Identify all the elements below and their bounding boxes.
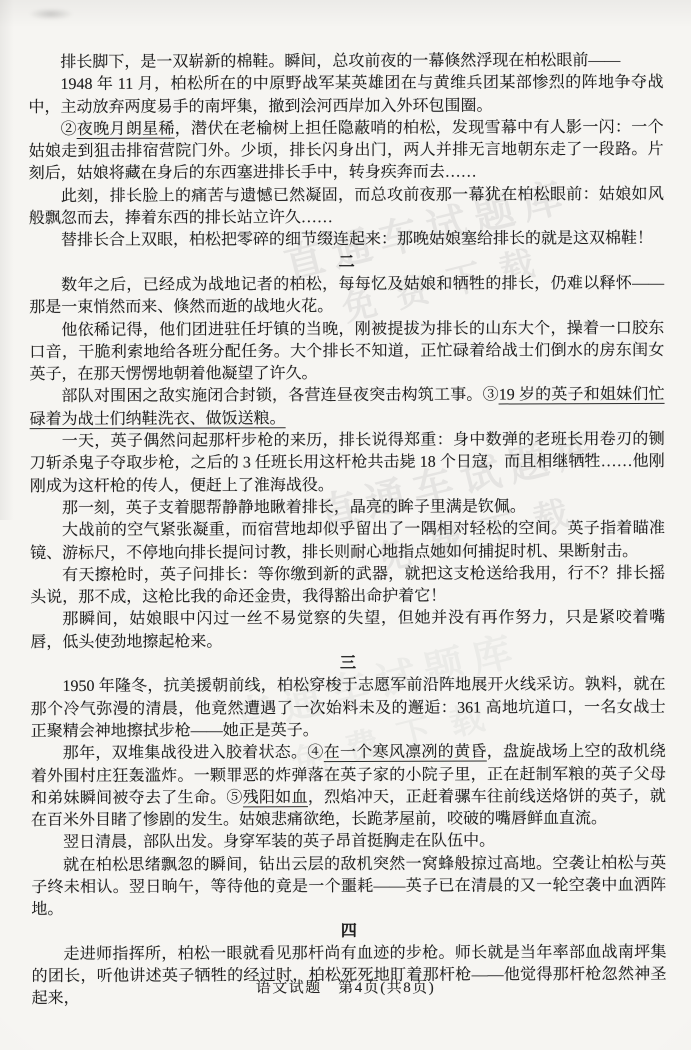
text-segment: 就在柏松思绪飘忽的瞬间，钻出云层的敌机突然一窝蜂般掠过高地。空袭让柏松与英子终未… xyxy=(31,855,666,919)
section-heading: 二 xyxy=(29,251,664,276)
paragraph: 排长脚下，是一双崭新的棉鞋。瞬间，总攻前夜的一幕倏然浮现在柏松眼前—— xyxy=(28,50,663,75)
scan-artifact xyxy=(20,6,82,22)
underlined-phrase: 残阳如血 xyxy=(243,789,308,807)
text-segment: 那一刻，英子支着腮帮静静地瞅着排长，晶亮的眸子里满是钦佩。 xyxy=(62,498,526,517)
paragraph: 翌日清晨，部队出发。身穿军装的英子昂首挺胸走在队伍中。 xyxy=(31,830,666,855)
scan-top-shading xyxy=(0,0,691,28)
paragraph: 那年，双堆集战役进入胶着状态。④在一个寒风凛冽的黄昏，盘旋战场上空的敌机绕着外围… xyxy=(31,741,666,832)
document-body: 排长脚下，是一双崭新的棉鞋。瞬间，总攻前夜的一幕倏然浮现在柏松眼前——1948 … xyxy=(28,50,666,1011)
paragraph: 数年之后，已经成为战地记者的柏松，每每忆及姑娘和牺牲的排长，仍难以释怀——那是一… xyxy=(29,273,664,320)
paragraph: 那一刻，英子支着腮帮静静地瞅着排长，晶亮的眸子里满是钦佩。 xyxy=(30,496,665,521)
paragraph: ②夜晚月朗星稀，潜伏在老榆树上担任隐蔽哨的柏松，发现雪幕中有人影一闪：一个姑娘走… xyxy=(29,117,664,186)
paragraph: 就在柏松思绪飘忽的瞬间，钻出云层的敌机突然一窝蜂般掠过高地。空袭让柏松与英子终未… xyxy=(31,853,666,922)
paragraph: 此刻，排长脸上的痛苦与遗憾已然凝固，而总攻前夜那一幕犹在柏松眼前：姑娘如风般飘忽… xyxy=(29,184,664,231)
text-segment: 那瞬间，姑娘眼中闪过一丝不易觉察的失望，但她并没有再作努力，只是紧咬着嘴唇，低头… xyxy=(30,609,665,651)
text-segment: 1950 年隆冬，抗美援朝前线，柏松穿梭于志愿军前沿阵地展开火线采访。孰料，就在… xyxy=(31,676,666,740)
text-segment: 大战前的空气紧张凝重，而宿营地却似乎留出了一隅相对轻松的空间。英子指着瞄准镜、游… xyxy=(30,520,665,562)
paragraph: 有天擦枪时，英子问排长：等你缴到新的武器，就把这支枪送给我用，行不？排长摇头说，… xyxy=(30,563,665,610)
text-segment: 部队对围困之敌实施闭合封锁，各营连昼夜突击构筑工事。③ xyxy=(62,387,499,406)
text-segment: 有天擦枪时，英子问排长：等你缴到新的武器，就把这支枪送给我用，行不？排长摇头说，… xyxy=(30,565,665,607)
text-segment: 数年之后，已经成为战地记者的柏松，每每忆及姑娘和牺牲的排长，仍难以释怀——那是一… xyxy=(29,275,664,317)
paragraph: 替排长合上双眼，柏松把零碎的细节缀连起来：那晚姑娘塞给排长的就是这双棉鞋！ xyxy=(29,228,664,253)
text-segment: 一天，英子偶然问起那杆步枪的来历，排长说得郑重：身中数弹的老班长用卷刃的铡刀斩杀… xyxy=(30,431,665,495)
underlined-phrase: 在一个寒风凛冽的黄昏 xyxy=(324,744,487,763)
paragraph: 1950 年隆冬，抗美援朝前线，柏松穿梭于志愿军前沿阵地展开火线采访。孰料，就在… xyxy=(31,674,666,743)
paragraph: 大战前的空气紧张凝重，而宿营地却似乎留出了一隅相对轻松的空间。英子指着瞄准镜、游… xyxy=(30,518,665,565)
paragraph: 那瞬间，姑娘眼中闪过一丝不易觉察的失望，但她并没有再作努力，只是紧咬着嘴唇，低头… xyxy=(30,607,665,654)
section-heading: 三 xyxy=(30,652,665,677)
text-segment: ② xyxy=(61,121,77,138)
paragraph: 1948 年 11 月，柏松所在的中原野战军某英雄团在与黄维兵团某部惨烈的阵地争… xyxy=(28,72,663,119)
section-heading: 四 xyxy=(31,919,666,944)
page-footer: 语文试题 第4页(共8页) xyxy=(0,976,691,997)
paragraph: 他依稀记得，他们团进驻任圩镇的当晚，刚被提拔为排长的山东大个，操着一口胶东口音，… xyxy=(29,317,664,386)
text-segment: 他依稀记得，他们团进驻任圩镇的当晚，刚被提拔为排长的山东大个，操着一口胶东口音，… xyxy=(29,319,664,383)
text-segment: 此刻，排长脸上的痛苦与遗憾已然凝固，而总攻前夜那一幕犹在柏松眼前：姑娘如风般飘忽… xyxy=(29,186,664,228)
paragraph: 部队对围困之敌实施闭合封锁，各营连昼夜突击构筑工事。③19 岁的英子和姐妹们忙碌… xyxy=(29,384,664,431)
paragraph: 一天，英子偶然问起那杆步枪的来历，排长说得郑重：身中数弹的老班长用卷刃的铡刀斩杀… xyxy=(30,429,665,498)
scanned-exam-page: 直通车试题库 免费下载 直通车试题库 免费下载 直通车试题库 免费下载 排长脚下… xyxy=(0,0,691,1050)
text-segment: 排长脚下，是一双崭新的棉鞋。瞬间，总攻前夜的一幕倏然浮现在柏松眼前—— xyxy=(60,52,620,71)
text-segment: 那年，双堆集战役进入胶着状态。④ xyxy=(63,744,324,762)
text-segment: 1948 年 11 月，柏松所在的中原野战军某英雄团在与黄维兵团某部惨烈的阵地争… xyxy=(28,74,663,116)
text-segment: 翌日清晨，部队出发。身穿军装的英子昂首挺胸走在队伍中。 xyxy=(63,833,495,852)
text-segment: 替排长合上双眼，柏松把零碎的细节缀连起来：那晚姑娘塞给排长的就是这双棉鞋！ xyxy=(61,230,653,249)
underlined-phrase: 夜晚月朗星稀 xyxy=(77,120,175,138)
scan-left-shading xyxy=(0,0,14,520)
